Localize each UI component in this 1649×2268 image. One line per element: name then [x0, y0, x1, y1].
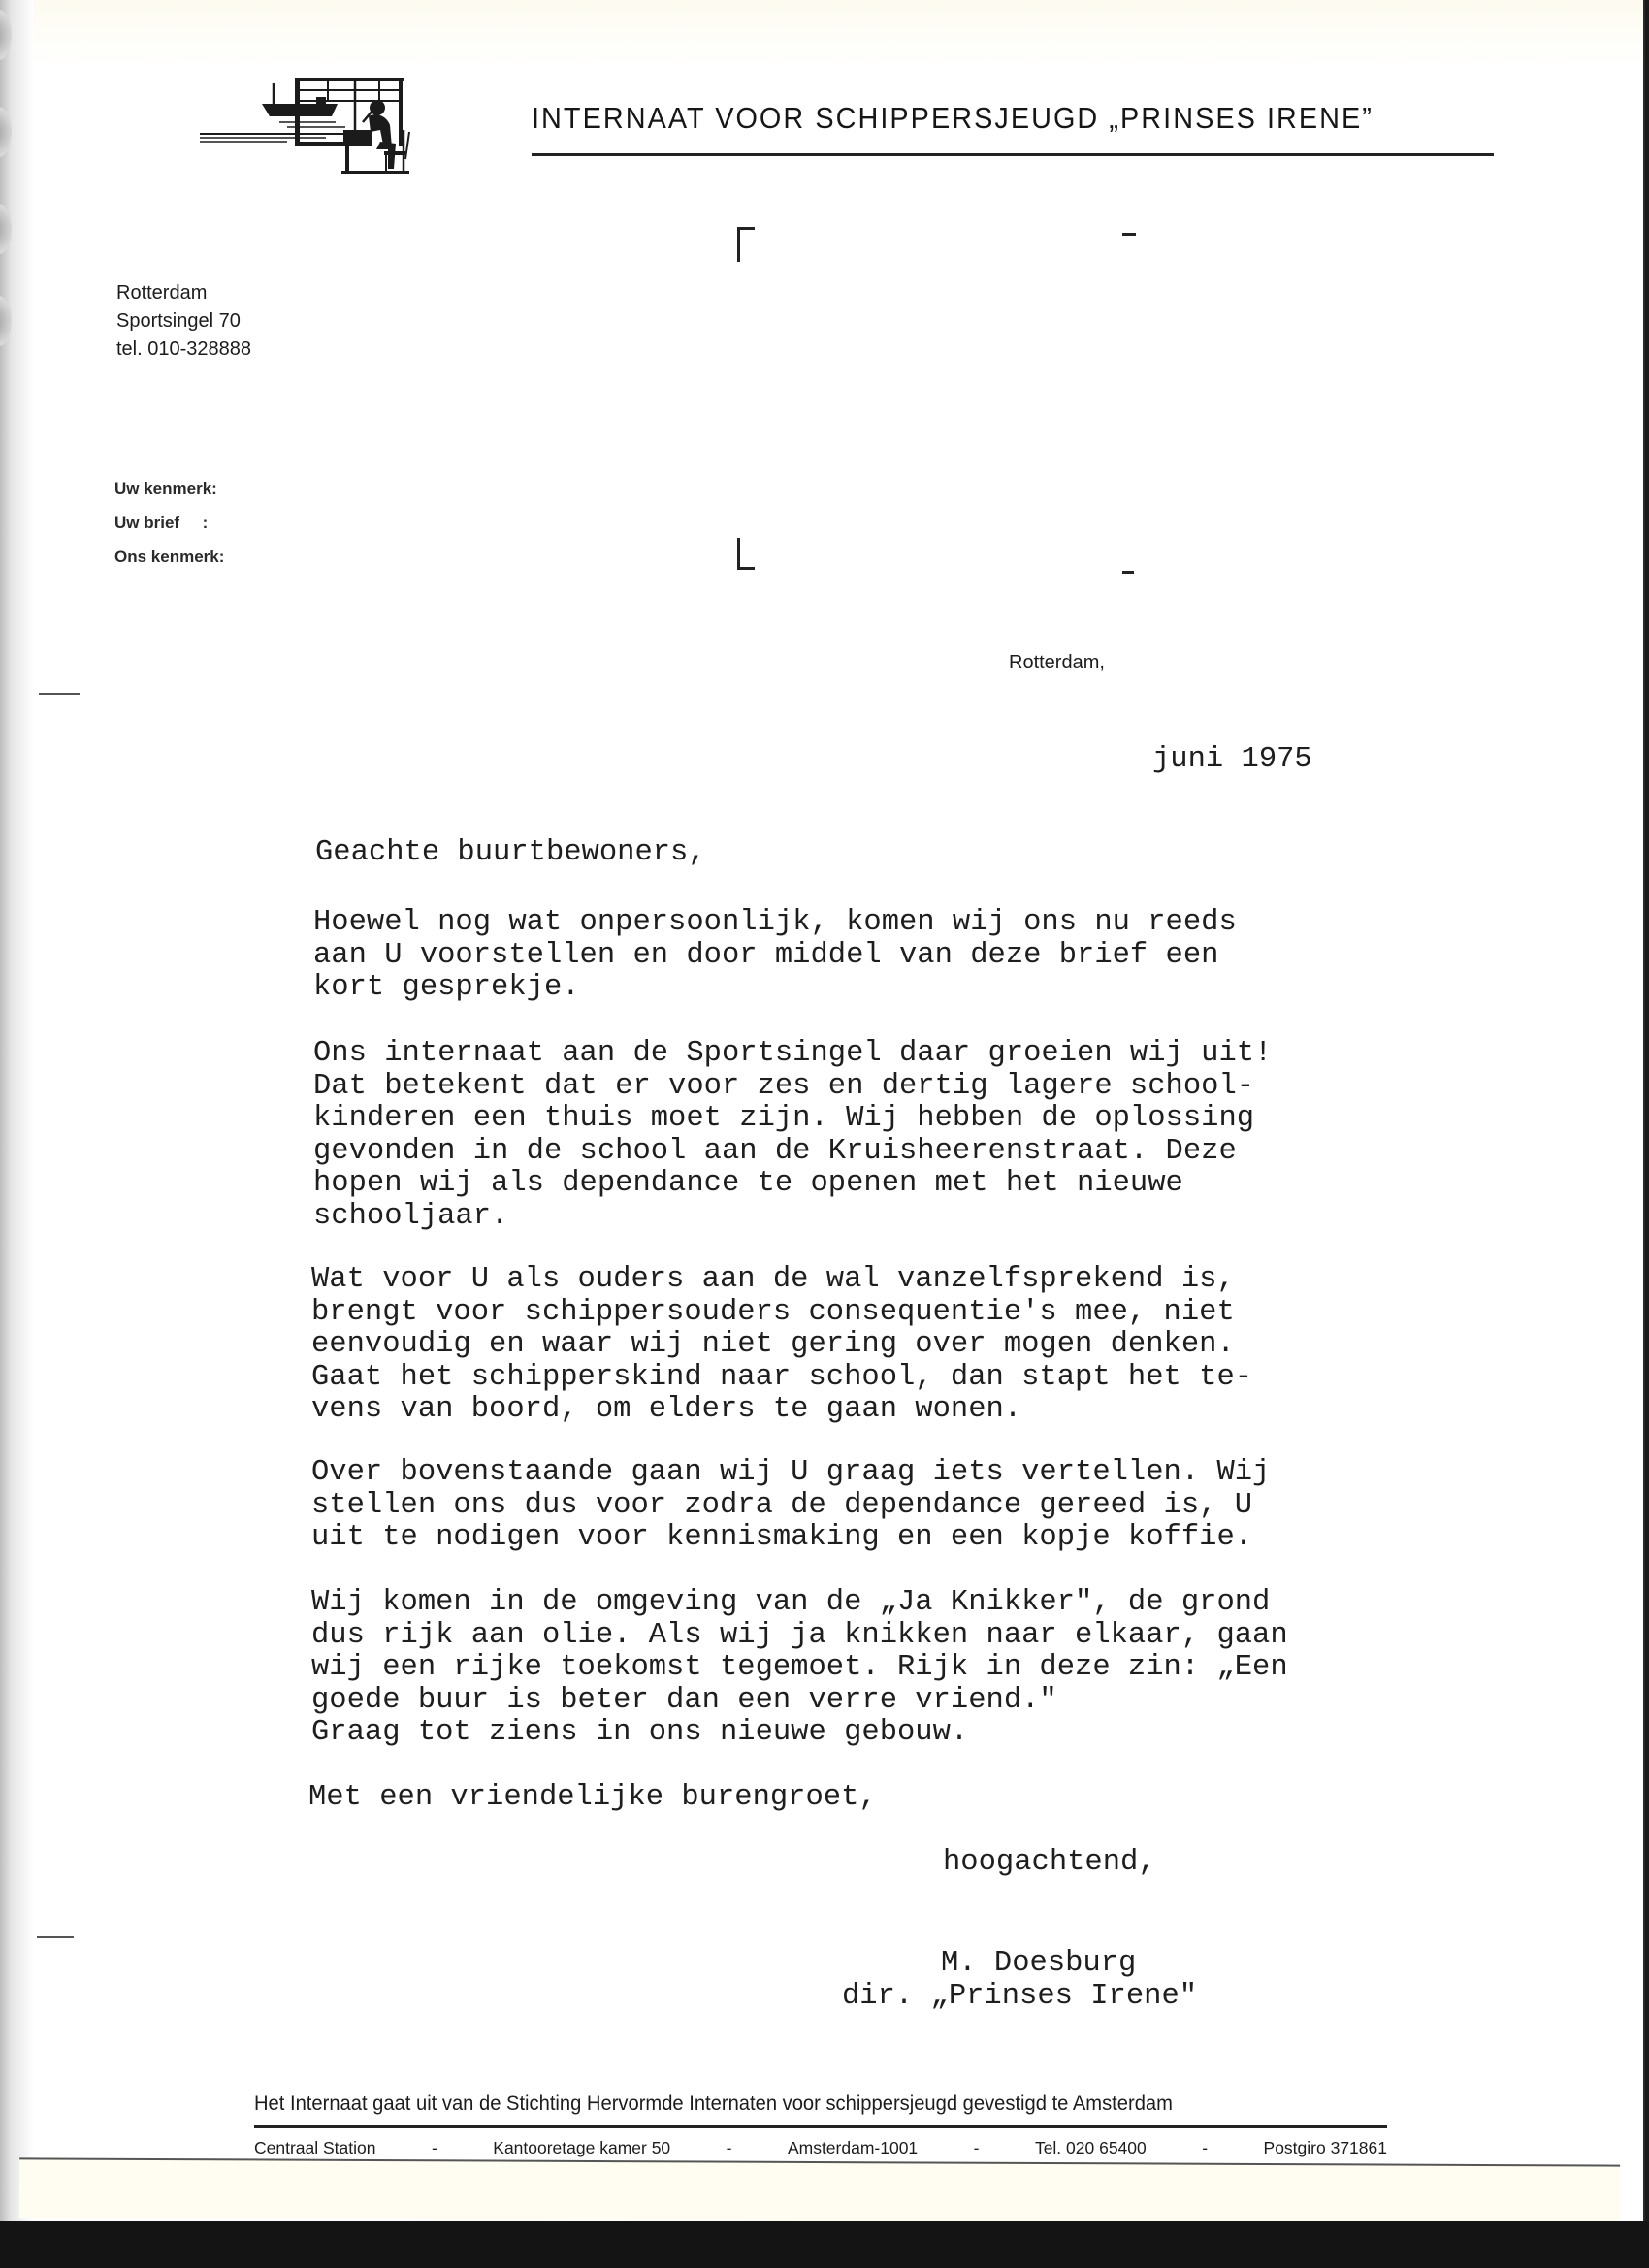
paragraph-3: Wat voor U als ouders aan de wal vanzelf… [311, 1264, 1252, 1427]
paragraph-2: Ons internaat aan de Sportsingel daar gr… [313, 1038, 1272, 1233]
window-corner-mark [737, 567, 755, 570]
paragraph-line: aan U voorstellen en door middel van dez… [313, 940, 1237, 973]
footer-location: Centraal Station [254, 2138, 376, 2158]
paragraph-4: Over bovenstaande gaan wij U graag iets … [311, 1457, 1270, 1555]
fold-mark [1122, 233, 1136, 236]
footer-separator: - [974, 2138, 980, 2158]
paragraph-line: Ons internaat aan de Sportsingel daar gr… [313, 1038, 1272, 1071]
paragraph-line: kort gesprekje. [313, 972, 1237, 1005]
punch-hole [0, 296, 12, 346]
paragraph-line: Over bovenstaande gaan wij U graag iets … [311, 1457, 1270, 1490]
binding-edge [0, 0, 33, 2221]
paragraph-line: gevonden in de school aan de Kruisheeren… [313, 1136, 1272, 1169]
paragraph-line: Dat betekent dat er voor zes en dertig l… [313, 1071, 1272, 1104]
underlying-page-edge [19, 2157, 1620, 2224]
paragraph-1: Hoewel nog wat onpersoonlijk, komen wij … [313, 907, 1237, 1005]
sender-address: Rotterdam Sportsingel 70 tel. 010-328888 [116, 279, 251, 364]
footer-postgiro: Postgiro 371861 [1264, 2138, 1387, 2158]
footer-postcode: Amsterdam-1001 [788, 2138, 918, 2158]
address-city: Rotterdam [116, 279, 251, 308]
ref-uw-brief: Uw brief : [114, 505, 224, 539]
punch-hole [0, 107, 12, 157]
closing-line: Met een vriendelijke burengroet, [308, 1781, 877, 1814]
organization-title: INTERNAAT VOOR SCHIPPERSJEUGD „PRINSES I… [532, 101, 1374, 136]
footer-divider [254, 2125, 1387, 2128]
paragraph-5: Wij komen in de omgeving van de „Ja Knik… [311, 1587, 1288, 1750]
window-corner-mark [737, 227, 755, 230]
scanner-background [0, 2221, 1649, 2268]
ship-window-student-logo-icon [190, 72, 413, 178]
paragraph-line: Graag tot ziens in ons nieuwe gebouw. [311, 1717, 1288, 1750]
paragraph-line: wij een rijke toekomst tegemoet. Rijk in… [311, 1652, 1288, 1685]
signer-title: dir. „Prinses Irene" [842, 1980, 1197, 2013]
window-corner-mark [737, 227, 740, 262]
punch-hole [0, 204, 12, 254]
footer-statement: Het Internaat gaat uit van de Stichting … [254, 2092, 1173, 2116]
paragraph-line: uit te nodigen voor kennismaking en een … [311, 1522, 1270, 1555]
punch-hole [0, 10, 12, 60]
paragraph-line: schooljaar. [313, 1201, 1272, 1234]
ref-uw-kenmerk: Uw kenmerk: [114, 471, 224, 505]
paragraph-line: kinderen een thuis moet zijn. Wij hebben… [313, 1103, 1272, 1136]
footer-contact: Centraal Station - Kantooretage kamer 50… [254, 2138, 1387, 2158]
address-street: Sportsingel 70 [116, 308, 251, 336]
fold-mark [1122, 571, 1134, 574]
paragraph-line: Wat voor U als ouders aan de wal vanzelf… [311, 1264, 1252, 1297]
letter-date: juni 1975 [1152, 743, 1312, 776]
paragraph-line: vens van boord, om elders te gaan wonen. [311, 1394, 1252, 1427]
regards: hoogachtend, [943, 1846, 1156, 1879]
paragraph-line: eenvoudig en waar wij niet gering over m… [311, 1329, 1252, 1362]
letter-page: INTERNAAT VOOR SCHIPPERSJEUGD „PRINSES I… [0, 0, 1645, 2221]
paragraph-line: Gaat het schipperskind naar school, dan … [311, 1362, 1252, 1395]
fold-mark [37, 1936, 74, 1938]
paragraph-line: brengt voor schippersouders consequentie… [311, 1297, 1252, 1330]
footer-separator: - [1202, 2138, 1208, 2158]
footer-separator: - [432, 2138, 437, 2158]
title-divider [532, 153, 1494, 156]
paragraph-line: Hoewel nog wat onpersoonlijk, komen wij … [313, 907, 1237, 940]
place-label: Rotterdam, [1009, 652, 1105, 674]
paragraph-line: stellen ons dus voor zodra de dependance… [311, 1490, 1270, 1523]
salutation: Geachte buurtbewoners, [315, 836, 706, 869]
fold-mark [39, 693, 80, 695]
signer-name: M. Doesburg [941, 1947, 1136, 1980]
ref-ons-kenmerk: Ons kenmerk: [114, 539, 224, 573]
paragraph-line: Wij komen in de omgeving van de „Ja Knik… [311, 1587, 1288, 1620]
footer-separator: - [727, 2138, 732, 2158]
reference-fields: Uw kenmerk: Uw brief : Ons kenmerk: [114, 471, 224, 573]
paragraph-line: goede buur is beter dan een verre vriend… [311, 1685, 1288, 1718]
paragraph-line: dus rijk aan olie. Als wij ja knikken na… [311, 1620, 1288, 1653]
paragraph-line: hopen wij als dependance te openen met h… [313, 1168, 1272, 1201]
footer-office: Kantooretage kamer 50 [493, 2138, 670, 2158]
address-phone: tel. 010-328888 [116, 336, 251, 364]
window-corner-mark [737, 538, 740, 570]
footer-phone: Tel. 020 65400 [1035, 2138, 1147, 2158]
